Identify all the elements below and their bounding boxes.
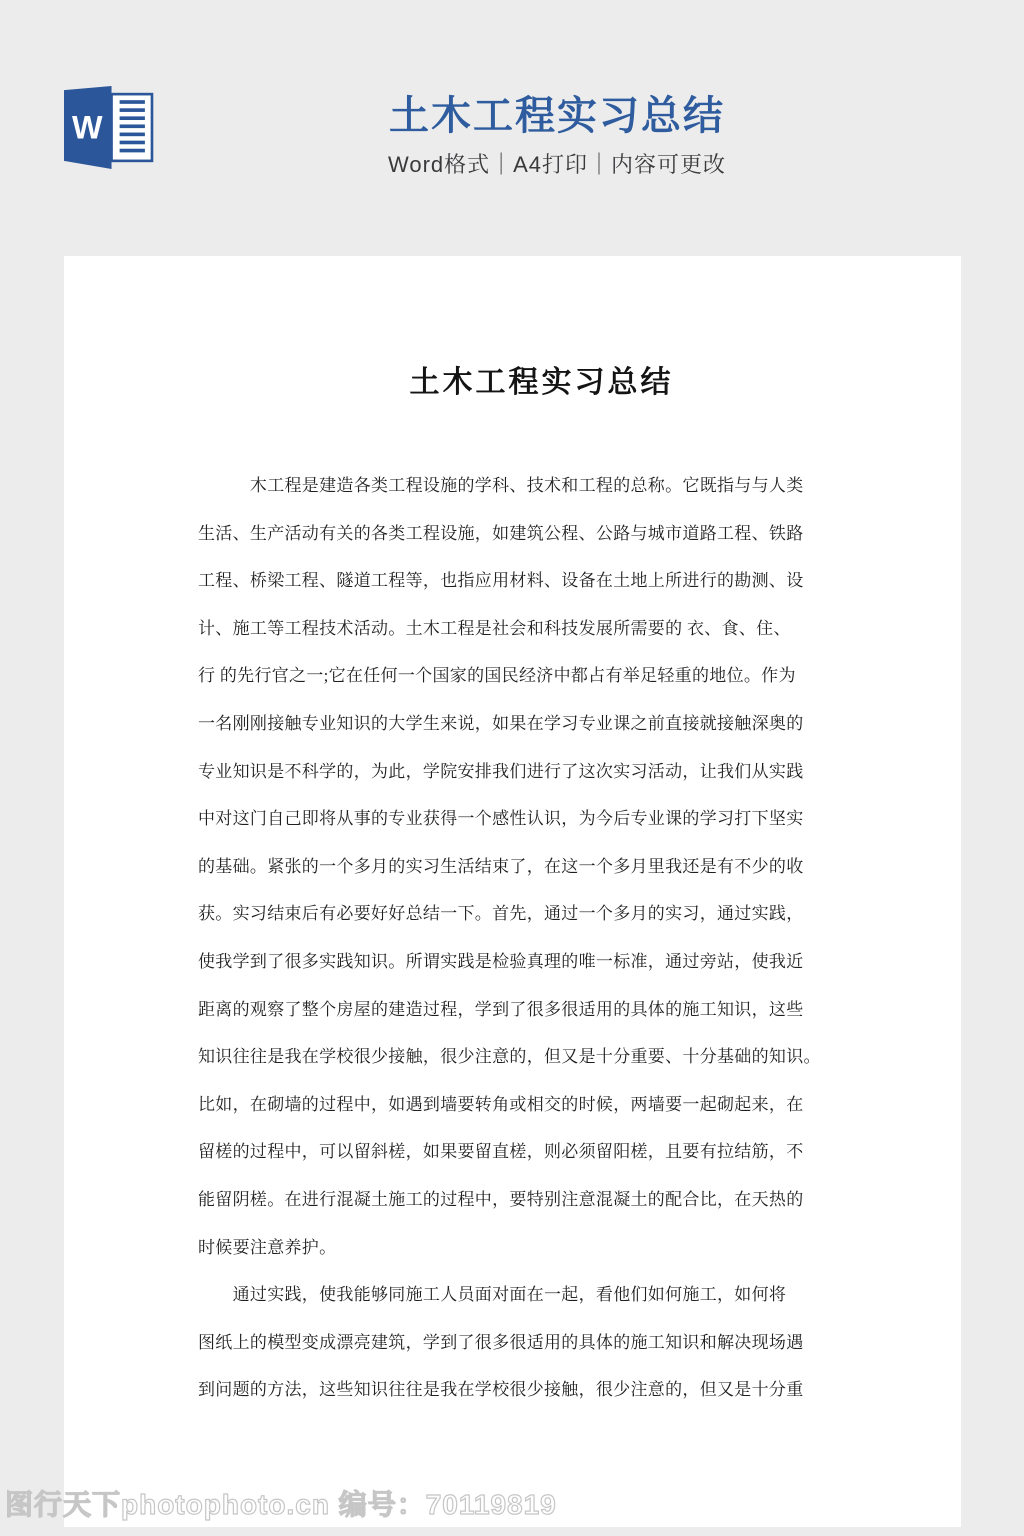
doc-line: 通过实践，使我能够同施工人员面对面在一起，看他们如何施工，如何将 [198,1271,825,1319]
doc-line: 工程、桥梁工程、隧道工程等，也指应用材料、设备在土地上所进行的勘测、设 [198,557,825,605]
doc-line: 木工程是建造各类工程设施的学科、技术和工程的总称。它既指与与人类 [198,462,825,510]
doc-line: 比如，在砌墙的过程中，如遇到墙要转角或相交的时候，两墙要一起砌起来，在 [198,1081,825,1129]
doc-line: 专业知识是不科学的，为此，学院安排我们进行了这次实习活动，让我们从实践 [198,748,825,796]
doc-line: 距离的观察了整个房屋的建造过程，学到了很多很适用的具体的施工知识，这些 [198,986,825,1034]
doc-line: 生活、生产活动有关的各类工程设施，如建筑公程、公路与城市道路工程、铁路 [198,510,825,558]
doc-line: 计、施工等工程技术活动。土木工程是社会和科技发展所需要的 衣、食、住、 [198,605,825,653]
template-preview: W 土木工程实习总结 Word格式｜A4打印｜内容可更改 土木工程实习总结 木工… [0,0,1024,1536]
doc-line: 时候要注意养护。 [198,1224,825,1272]
site-watermark: 图行天下photophoto.cn 编号：70119819 [5,1483,557,1523]
header-text-block: 土木工程实习总结 Word格式｜A4打印｜内容可更改 [388,90,726,180]
paragraph: 木工程是建造各类工程设施的学科、技术和工程的总称。它既指与与人类生活、生产活动有… [198,462,825,1271]
doc-line: 一名刚刚接触专业知识的大学生来说，如果在学习专业课之前直接就接触深奥的 [198,700,825,748]
doc-line: 到问题的方法，这些知识往往是我在学校很少接触，很少注意的，但又是十分重 [198,1366,825,1414]
preview-header: W 土木工程实习总结 Word格式｜A4打印｜内容可更改 [0,0,1024,256]
word-icon-letter: W [72,110,103,146]
document-body: 木工程是建造各类工程设施的学科、技术和工程的总称。它既指与与人类生活、生产活动有… [198,462,825,1414]
paragraph: 通过实践，使我能够同施工人员面对面在一起，看他们如何施工，如何将图纸上的模型变成… [198,1271,825,1414]
doc-line: 知识往往是我在学校很少接触，很少注意的，但又是十分重要、十分基础的知识。 [198,1033,825,1081]
doc-line: 留槎的过程中，可以留斜槎，如果要留直槎，则必须留阳槎，且要有拉结筋，不 [198,1128,825,1176]
doc-line: 行 的先行官之一;它在任何一个国家的国民经济中都占有举足轻重的地位。作为 [198,652,825,700]
template-subtitle: Word格式｜A4打印｜内容可更改 [388,150,726,180]
document-page: 土木工程实习总结 木工程是建造各类工程设施的学科、技术和工程的总称。它既指与与人… [64,256,961,1527]
doc-line: 能留阴槎。在进行混凝土施工的过程中，要特别注意混凝土的配合比，在天热的 [198,1176,825,1224]
word-document-icon: W [64,86,154,169]
template-title: 土木工程实习总结 [388,90,726,142]
doc-line: 的基础。紧张的一个多月的实习生活结束了，在这一个多月里我还是有不少的收 [198,843,825,891]
doc-line: 中对这门自己即将从事的专业获得一个感性认识，为今后专业课的学习打下坚实 [198,795,825,843]
doc-line: 获。实习结束后有必要好好总结一下。首先，通过一个多月的实习，通过实践， [198,890,825,938]
doc-line: 图纸上的模型变成漂亮建筑，学到了很多很适用的具体的施工知识和解决现场遇 [198,1319,825,1367]
doc-line: 使我学到了很多实践知识。所谓实践是检验真理的唯一标准，通过旁站，使我近 [198,938,825,986]
document-title: 土木工程实习总结 [228,362,855,404]
